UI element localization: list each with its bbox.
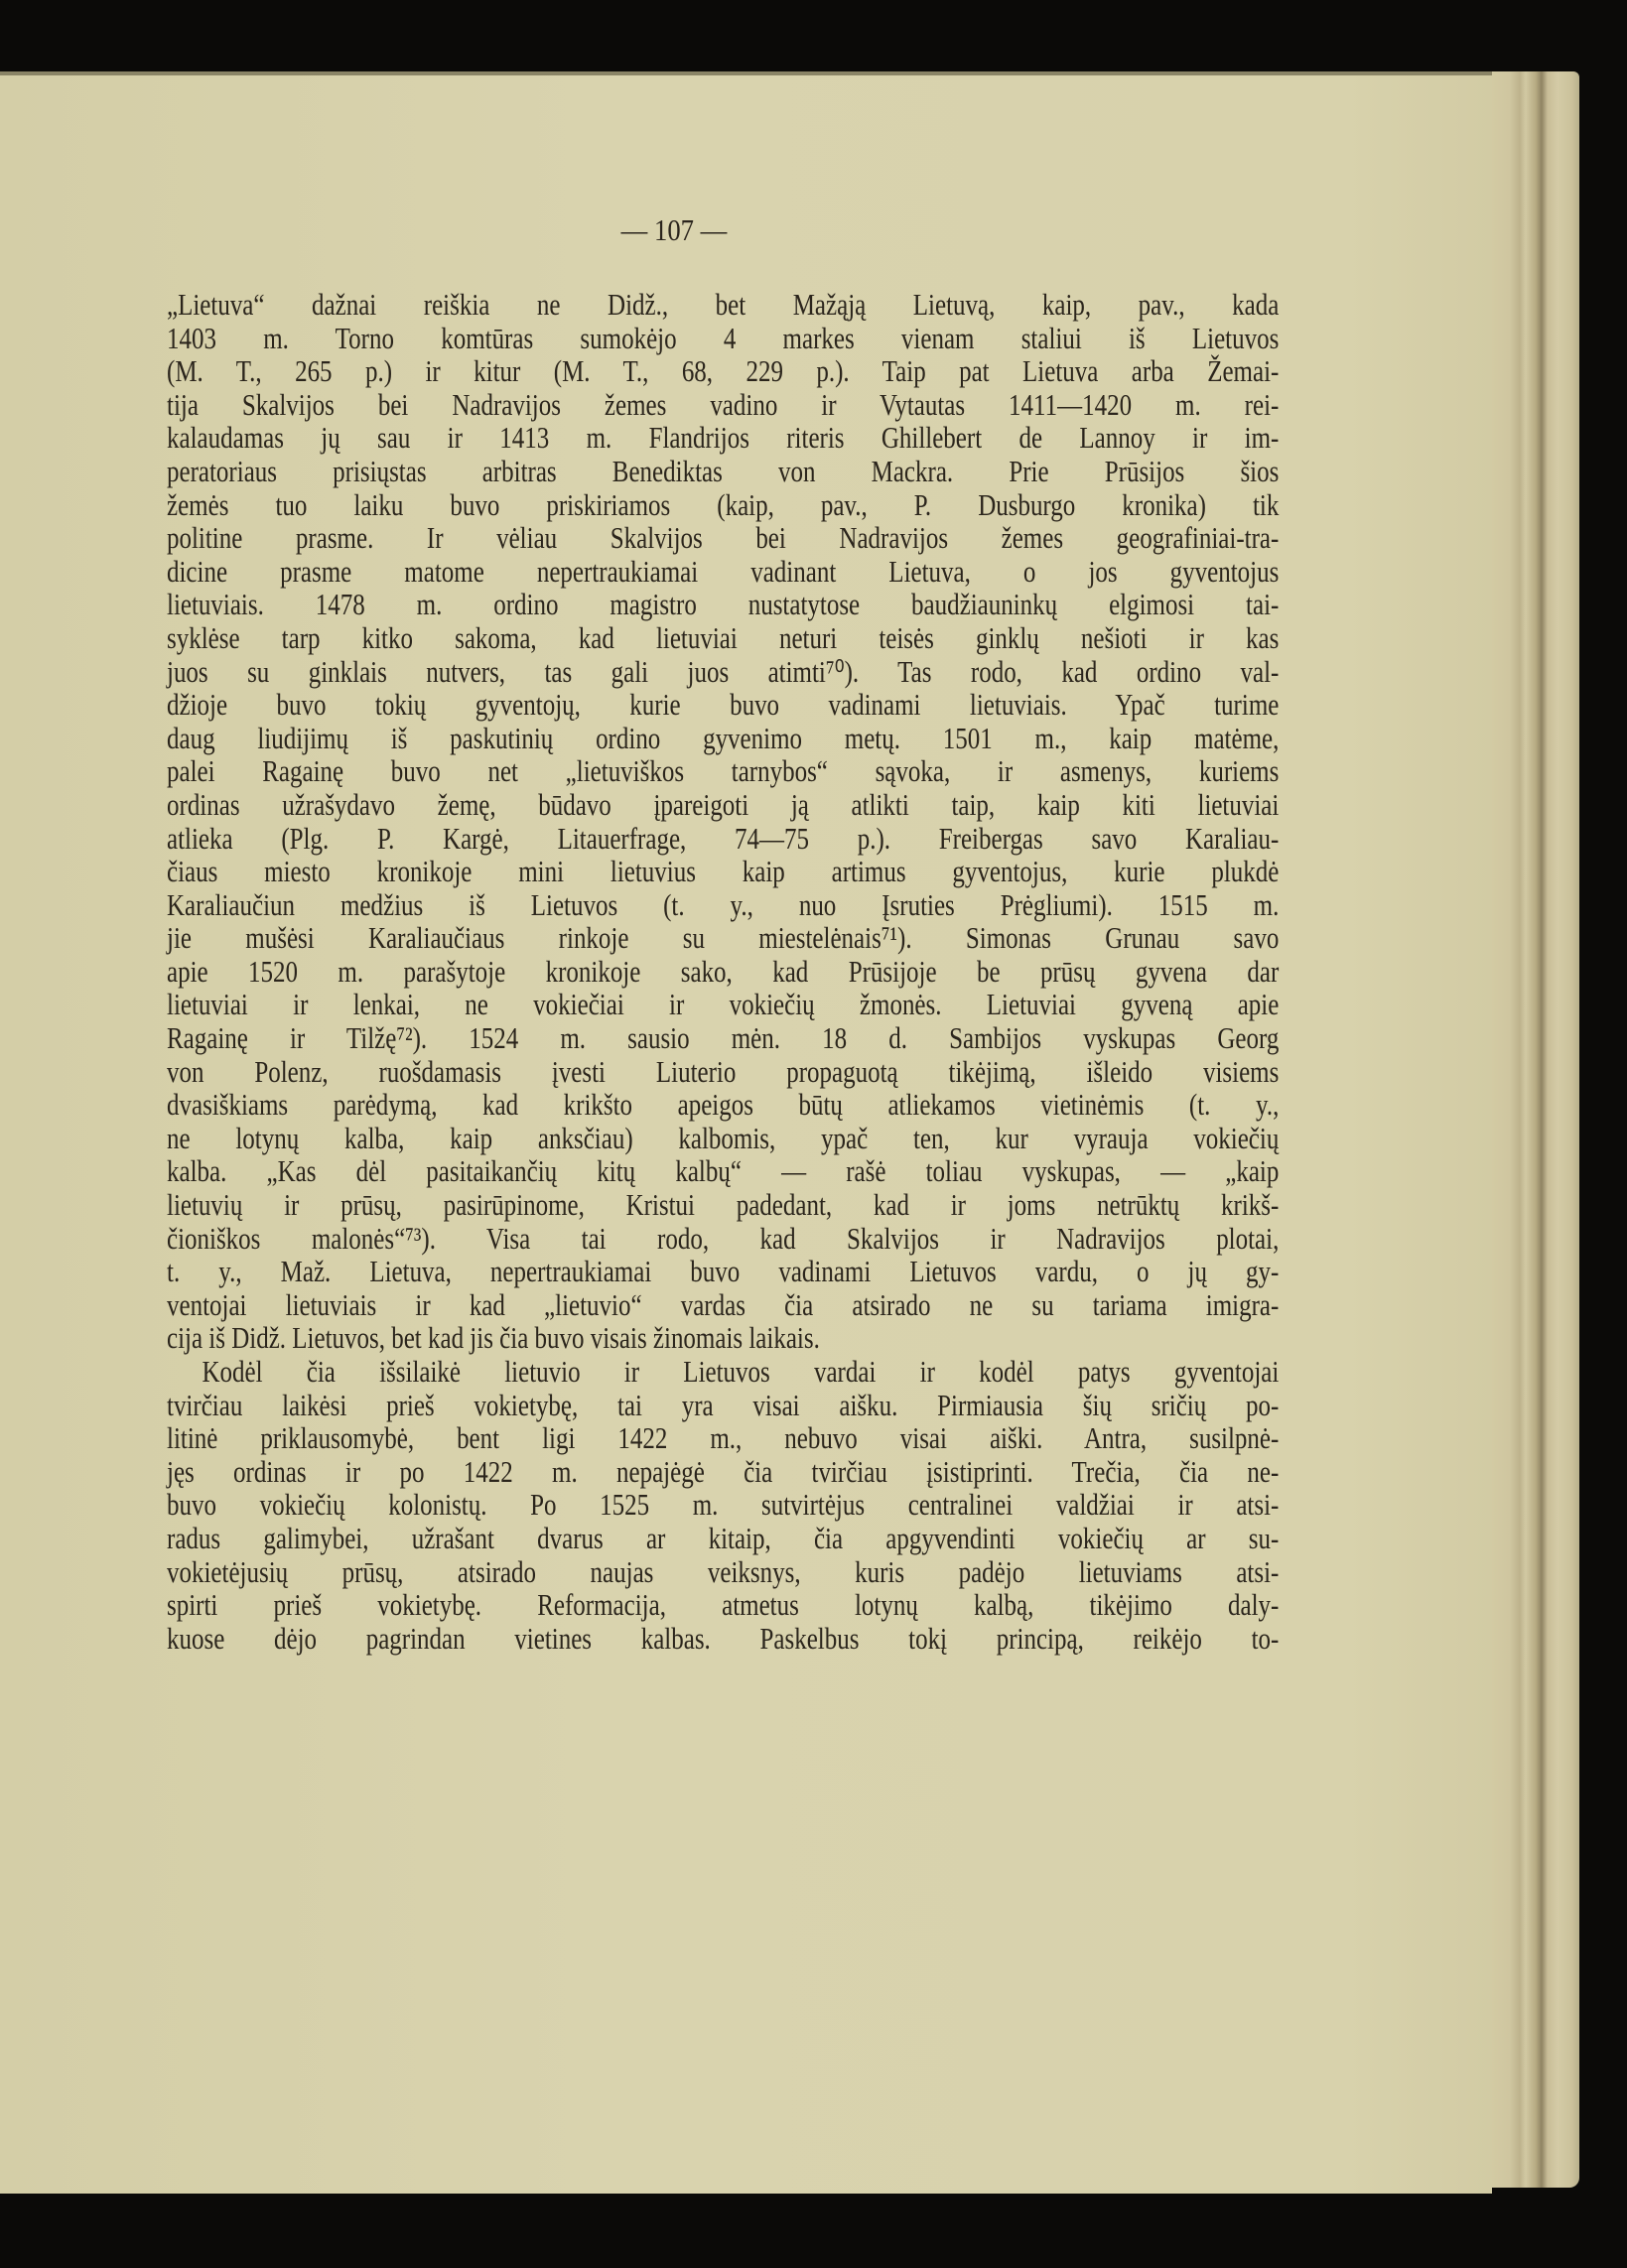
text-line: kalba. „Kas dėl pasitaikančių kitų kalbų… bbox=[167, 1154, 1279, 1188]
text-line: kalaudamas jų sau ir 1413 m. Flandrijos … bbox=[167, 421, 1279, 455]
text-line: jie mušėsi Karaliaučiaus rinkoje su mies… bbox=[167, 921, 1279, 955]
text-line: 1403 m. Torno komtūras sumokėjo 4 markes… bbox=[167, 322, 1279, 355]
text-line: jęs ordinas ir po 1422 m. nepajėgė čia t… bbox=[167, 1455, 1279, 1489]
text-line: lietuviais. 1478 m. ordino magistro nust… bbox=[167, 588, 1279, 621]
text-line: kuose dėjo pagrindan vietines kalbas. Pa… bbox=[167, 1622, 1279, 1656]
text-line: lietuvių ir prūsų, pasirūpinome, Kristui… bbox=[167, 1188, 1279, 1222]
text-line: t. y., Maž. Lietuva, nepertraukiamai buv… bbox=[167, 1255, 1279, 1288]
text-line: ne lotynų kalba, kaip anksčiau) kalbomis… bbox=[167, 1122, 1279, 1155]
text-line: politine prasme. Ir vėliau Skalvijos bei… bbox=[167, 521, 1279, 555]
text-line: čiaus miesto kronikoje mini lietuvius ka… bbox=[167, 855, 1279, 888]
paragraph-2: Kodėl čia išsilaikė lietuvio ir Lietuvos… bbox=[167, 1355, 1287, 1655]
page-edges bbox=[1492, 71, 1579, 2188]
text-line: ventojai lietuviais ir kad „lietuvio“ va… bbox=[167, 1288, 1279, 1322]
text-line: ordinas užrašydavo žemę, būdavo įpareigo… bbox=[167, 788, 1279, 822]
text-line: buvo vokiečių kolonistų. Po 1525 m. sutv… bbox=[167, 1488, 1279, 1522]
text-line: „Lietuva“ dažnai reiškia ne Didž., bet M… bbox=[167, 288, 1279, 322]
text-line: lietuviai ir lenkai, ne vokiečiai ir vok… bbox=[167, 988, 1279, 1021]
text-line: Kodėl čia išsilaikė lietuvio ir Lietuvos… bbox=[167, 1355, 1279, 1389]
text-line: daug liudijimų iš paskutinių ordino gyve… bbox=[167, 722, 1279, 755]
text-line: tvirčiau laikėsi prieš vokietybę, tai yr… bbox=[167, 1389, 1279, 1422]
text-line: vokietėjusių prūsų, atsirado naujas veik… bbox=[167, 1555, 1279, 1589]
text-line: dicine prasme matome nepertraukiamai vad… bbox=[167, 555, 1279, 589]
text-line: von Polenz, ruošdamasis įvesti Liuterio … bbox=[167, 1055, 1279, 1089]
text-line: apie 1520 m. parašytoje kronikoje sako, … bbox=[167, 955, 1279, 989]
text-line: Karaliaučiun medžius iš Lietuvos (t. y.,… bbox=[167, 888, 1279, 922]
text-line: palei Ragainę buvo net „lietuviškos tarn… bbox=[167, 754, 1279, 788]
text-line: spirti prieš vokietybę. Reformacija, atm… bbox=[167, 1588, 1279, 1622]
text-line: džioje buvo tokių gyventojų, kurie buvo … bbox=[167, 688, 1279, 722]
paragraph-1: „Lietuva“ dažnai reiškia ne Didž., bet M… bbox=[167, 288, 1287, 1355]
text-line: atlieka (Plg. P. Kargė, Litauerfrage, 74… bbox=[167, 822, 1279, 856]
page-number: — 107 — bbox=[94, 212, 1254, 248]
text-line: tija Skalvijos bei Nadravijos žemes vadi… bbox=[167, 388, 1279, 422]
text-line: žemės tuo laiku buvo priskiriamos (kaip,… bbox=[167, 488, 1279, 522]
text-line: Ragainę ir Tilžę⁷²). 1524 m. sausio mėn.… bbox=[167, 1021, 1279, 1055]
text-line: cija iš Didž. Lietuvos, bet kad jis čia … bbox=[167, 1321, 1279, 1355]
text-line: litinė priklausomybė, bent ligi 1422 m.,… bbox=[167, 1421, 1279, 1455]
text-line: syklėse tarp kitko sakoma, kad lietuviai… bbox=[167, 621, 1279, 655]
text-line: juos su ginklais nutvers, tas gali juos … bbox=[167, 655, 1279, 689]
text-line: radus galimybei, užrašant dvarus ar kita… bbox=[167, 1522, 1279, 1555]
text-line: dvasiškiams parėdymą, kad krikšto apeigo… bbox=[167, 1088, 1279, 1122]
body-text: „Lietuva“ dažnai reiškia ne Didž., bet M… bbox=[167, 288, 1287, 1655]
text-line: čioniškos malonės“⁷³). Visa tai rodo, ka… bbox=[167, 1222, 1279, 1256]
text-line: peratoriaus prisiųstas arbitras Benedikt… bbox=[167, 455, 1279, 488]
text-line: (M. T., 265 p.) ir kitur (M. T., 68, 229… bbox=[167, 354, 1279, 388]
